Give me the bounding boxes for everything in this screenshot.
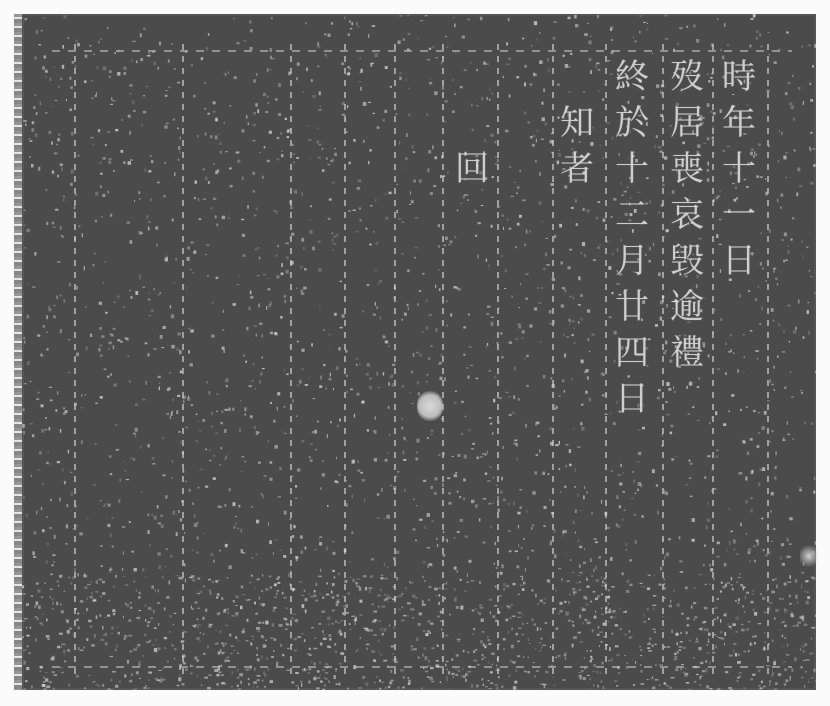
inscription-character [670, 468, 704, 514]
inscription-column-3: 終於十二月廿四日 [612, 54, 652, 652]
inscription-character: 歿 [670, 54, 704, 100]
inscription-character [722, 422, 756, 468]
inscription-character [560, 468, 594, 514]
inscription-character [455, 468, 489, 514]
inscription-character [455, 422, 489, 468]
column-rule [767, 44, 769, 674]
inscription-character: 二 [615, 192, 649, 238]
inscription-character [560, 284, 594, 330]
inscription-character: 廿 [615, 284, 649, 330]
column-rule [442, 44, 444, 674]
column-rule [182, 44, 184, 674]
inscription-character [455, 330, 489, 376]
inscription-character: 年 [722, 100, 756, 146]
inscription-character [722, 468, 756, 514]
column-rule [605, 44, 607, 674]
inscription-character [560, 376, 594, 422]
inscription-character [615, 468, 649, 514]
inscription-character [455, 560, 489, 606]
inscription-character [560, 560, 594, 606]
inscription-character [722, 284, 756, 330]
inscription-character [615, 422, 649, 468]
inscription-character: 逾 [670, 284, 704, 330]
column-rule [497, 44, 499, 674]
top-border-rule [52, 50, 792, 52]
inscription-character: 回 [455, 146, 489, 192]
inscription-character: 毁 [670, 238, 704, 284]
inscription-character [455, 606, 489, 652]
inscription-character [722, 330, 756, 376]
column-rule [290, 44, 292, 674]
inscription-column-2: 歿居喪哀毁逾禮 [667, 54, 707, 652]
inscription-character [560, 54, 594, 100]
inscription-character [560, 606, 594, 652]
inscription-rubbing: 時年十一日 歿居喪哀毁逾禮 終於十二月廿四日 知者 回 [22, 14, 816, 690]
inscription-character: 喪 [670, 146, 704, 192]
inscription-character [455, 514, 489, 560]
inscription-character: 者 [560, 146, 594, 192]
inscription-character [615, 514, 649, 560]
inscription-character [560, 192, 594, 238]
inscription-column-1: 時年十一日 [719, 54, 759, 652]
inscription-character: 禮 [670, 330, 704, 376]
inscription-character: 日 [615, 376, 649, 422]
bottom-border-rule [52, 666, 792, 668]
inscription-character: 時 [722, 54, 756, 100]
inscription-character: 十 [722, 146, 756, 192]
column-rule [394, 44, 396, 674]
inscription-character: 知 [560, 100, 594, 146]
inscription-character [670, 560, 704, 606]
inscription-character [455, 284, 489, 330]
inscription-character [722, 560, 756, 606]
inscription-column-4: 知者 [557, 54, 597, 652]
inscription-character [722, 376, 756, 422]
inscription-character: 居 [670, 100, 704, 146]
inscription-character: 四 [615, 330, 649, 376]
column-rule [552, 44, 554, 674]
inscription-column-5: 回 [452, 54, 492, 652]
inscription-character [670, 376, 704, 422]
column-rule [344, 44, 346, 674]
inscription-character: 一 [722, 192, 756, 238]
stone-damage-spot [417, 391, 443, 421]
column-rule [74, 44, 76, 674]
inscription-character [455, 376, 489, 422]
inscription-character: 月 [615, 238, 649, 284]
inscription-character: 終 [615, 54, 649, 100]
inscription-character [670, 422, 704, 468]
inscription-character: 於 [615, 100, 649, 146]
inscription-character [670, 514, 704, 560]
column-rule [712, 44, 714, 674]
inscription-character [722, 606, 756, 652]
inscription-character [722, 514, 756, 560]
inscription-character [455, 100, 489, 146]
inscription-character: 哀 [670, 192, 704, 238]
inscription-character [615, 606, 649, 652]
inscription-character [455, 54, 489, 100]
inscription-character [560, 330, 594, 376]
inscription-character [455, 238, 489, 284]
inscription-character [615, 560, 649, 606]
inscription-character [560, 238, 594, 284]
inscription-character [670, 606, 704, 652]
column-rule [662, 44, 664, 674]
inscription-character: 日 [722, 238, 756, 284]
stone-damage-spot [800, 544, 818, 568]
inscription-character: 十 [615, 146, 649, 192]
inscription-character [560, 514, 594, 560]
inscription-character [455, 192, 489, 238]
inscription-character [560, 422, 594, 468]
